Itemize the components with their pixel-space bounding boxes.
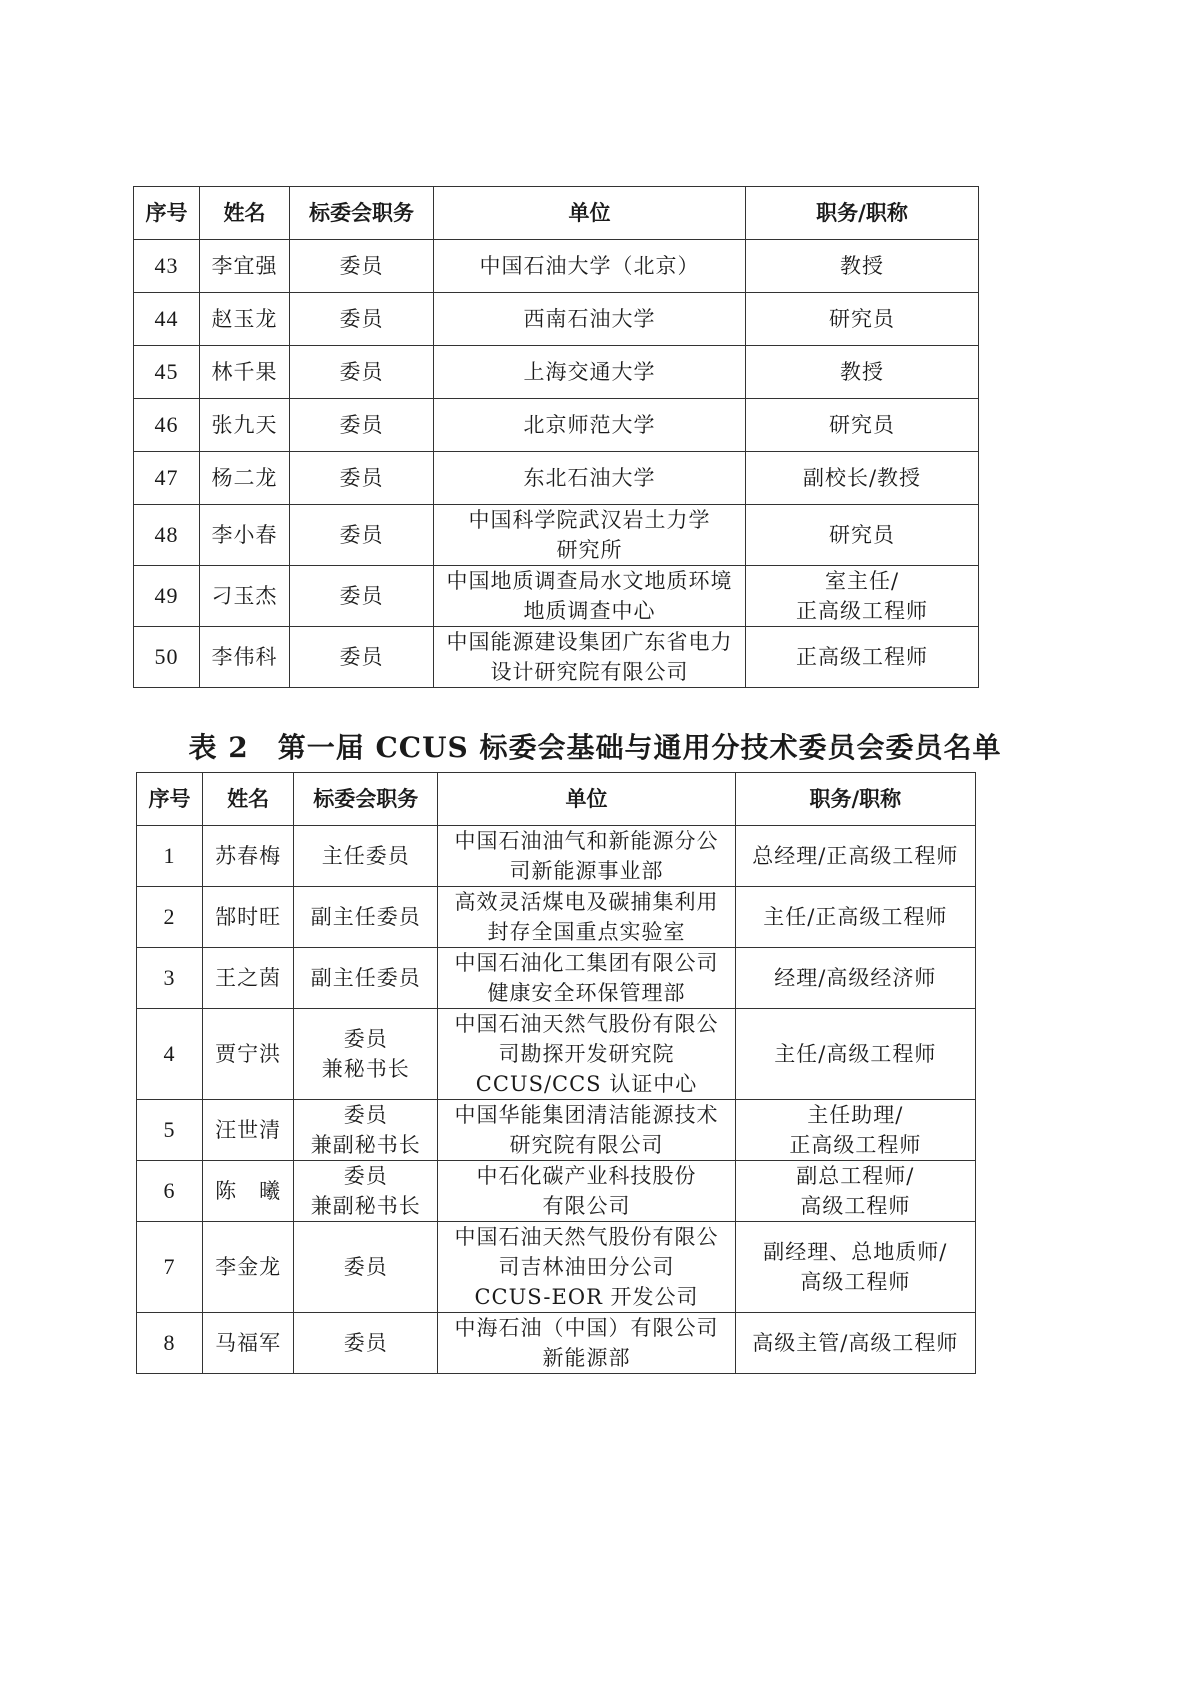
cell-no: 47 — [134, 452, 200, 505]
cell-no: 3 — [137, 948, 203, 1009]
cell-no: 1 — [137, 826, 203, 887]
header-title: 职务/职称 — [735, 773, 975, 826]
cell-name: 林千果 — [200, 346, 290, 399]
cell-title: 研究员 — [746, 399, 979, 452]
header-title: 职务/职称 — [746, 187, 979, 240]
cell-org: 中国能源建设集团广东省电力 设计研究院有限公司 — [434, 627, 746, 688]
cell-role: 委员 — [290, 505, 434, 566]
cell-no: 48 — [134, 505, 200, 566]
cell-name: 苏春梅 — [203, 826, 294, 887]
cell-name: 张九天 — [200, 399, 290, 452]
cell-role: 委员 — [290, 240, 434, 293]
cell-role: 委员 兼副秘书长 — [294, 1161, 438, 1222]
cell-title: 主任/正高级工程师 — [735, 887, 975, 948]
cell-org: 高效灵活煤电及碳捕集利用 封存全国重点实验室 — [438, 887, 735, 948]
cell-name: 陈 曦 — [203, 1161, 294, 1222]
table-row: 6 陈 曦 委员 兼副秘书长 中石化碳产业科技股份 有限公司 副总工程师/ 高级… — [137, 1161, 976, 1222]
cell-role: 委员 — [294, 1222, 438, 1313]
header-role: 标委会职务 — [294, 773, 438, 826]
cell-title: 室主任/ 正高级工程师 — [746, 566, 979, 627]
cell-title: 研究员 — [746, 505, 979, 566]
cell-name: 郜时旺 — [203, 887, 294, 948]
cell-role: 主任委员 — [294, 826, 438, 887]
table-row: 48 李小春 委员 中国科学院武汉岩土力学 研究所 研究员 — [134, 505, 979, 566]
cell-org: 西南石油大学 — [434, 293, 746, 346]
cell-role: 副主任委员 — [294, 948, 438, 1009]
table-row: 4 贾宁洪 委员 兼秘书长 中国石油天然气股份有限公 司勘探开发研究院 CCUS… — [137, 1009, 976, 1100]
cell-no: 49 — [134, 566, 200, 627]
table-row: 7 李金龙 委员 中国石油天然气股份有限公 司吉林油田分公司 CCUS-EOR … — [137, 1222, 976, 1313]
cell-role: 委员 兼秘书长 — [294, 1009, 438, 1100]
cell-org: 中国石油大学（北京） — [434, 240, 746, 293]
cell-name: 刁玉杰 — [200, 566, 290, 627]
header-no: 序号 — [134, 187, 200, 240]
cell-name: 贾宁洪 — [203, 1009, 294, 1100]
cell-title: 高级主管/高级工程师 — [735, 1313, 975, 1374]
cell-role: 委员 — [290, 452, 434, 505]
table-row: 49 刁玉杰 委员 中国地质调查局水文地质环境 地质调查中心 室主任/ 正高级工… — [134, 566, 979, 627]
header-org: 单位 — [438, 773, 735, 826]
cell-org: 中国地质调查局水文地质环境 地质调查中心 — [434, 566, 746, 627]
cell-name: 李伟科 — [200, 627, 290, 688]
cell-no: 43 — [134, 240, 200, 293]
cell-org: 中国石油化工集团有限公司 健康安全环保管理部 — [438, 948, 735, 1009]
cell-role: 委员 — [290, 346, 434, 399]
cell-org: 中国石油天然气股份有限公 司吉林油田分公司 CCUS-EOR 开发公司 — [438, 1222, 735, 1313]
cell-no: 8 — [137, 1313, 203, 1374]
cell-no: 46 — [134, 399, 200, 452]
cell-name: 王之茵 — [203, 948, 294, 1009]
cell-role: 委员 — [290, 399, 434, 452]
cell-org: 中国石油油气和新能源分公 司新能源事业部 — [438, 826, 735, 887]
cell-org: 东北石油大学 — [434, 452, 746, 505]
cell-role: 委员 — [290, 293, 434, 346]
table2-caption: 表 2 第一届 CCUS 标委会基础与通用分技术委员会委员名单 — [0, 726, 1190, 766]
cell-title: 主任助理/ 正高级工程师 — [735, 1100, 975, 1161]
cell-no: 6 — [137, 1161, 203, 1222]
header-org: 单位 — [434, 187, 746, 240]
cell-no: 44 — [134, 293, 200, 346]
table-row: 47 杨二龙 委员 东北石油大学 副校长/教授 — [134, 452, 979, 505]
cell-title: 副经理、总地质师/ 高级工程师 — [735, 1222, 975, 1313]
cell-role: 委员 兼副秘书长 — [294, 1100, 438, 1161]
cell-title: 主任/高级工程师 — [735, 1009, 975, 1100]
header-name: 姓名 — [203, 773, 294, 826]
cell-name: 杨二龙 — [200, 452, 290, 505]
cell-name: 李金龙 — [203, 1222, 294, 1313]
cell-title: 教授 — [746, 240, 979, 293]
cell-name: 汪世清 — [203, 1100, 294, 1161]
cell-no: 7 — [137, 1222, 203, 1313]
cell-role: 委员 — [290, 627, 434, 688]
table-row: 46 张九天 委员 北京师范大学 研究员 — [134, 399, 979, 452]
cell-name: 赵玉龙 — [200, 293, 290, 346]
table-row: 50 李伟科 委员 中国能源建设集团广东省电力 设计研究院有限公司 正高级工程师 — [134, 627, 979, 688]
table-row: 1 苏春梅 主任委员 中国石油油气和新能源分公 司新能源事业部 总经理/正高级工… — [137, 826, 976, 887]
header-no: 序号 — [137, 773, 203, 826]
cell-title: 教授 — [746, 346, 979, 399]
cell-name: 李宜强 — [200, 240, 290, 293]
table-row: 5 汪世清 委员 兼副秘书长 中国华能集团清洁能源技术 研究院有限公司 主任助理… — [137, 1100, 976, 1161]
cell-org: 中国科学院武汉岩土力学 研究所 — [434, 505, 746, 566]
cell-title: 经理/高级经济师 — [735, 948, 975, 1009]
cell-name: 李小春 — [200, 505, 290, 566]
table-row: 8 马福军 委员 中海石油（中国）有限公司 新能源部 高级主管/高级工程师 — [137, 1313, 976, 1374]
cell-no: 2 — [137, 887, 203, 948]
cell-no: 5 — [137, 1100, 203, 1161]
header-role: 标委会职务 — [290, 187, 434, 240]
table-row: 45 林千果 委员 上海交通大学 教授 — [134, 346, 979, 399]
header-name: 姓名 — [200, 187, 290, 240]
cell-title: 研究员 — [746, 293, 979, 346]
cell-role: 委员 — [290, 566, 434, 627]
cell-name: 马福军 — [203, 1313, 294, 1374]
cell-no: 50 — [134, 627, 200, 688]
cell-org: 中石化碳产业科技股份 有限公司 — [438, 1161, 735, 1222]
cell-title: 副总工程师/ 高级工程师 — [735, 1161, 975, 1222]
cell-role: 委员 — [294, 1313, 438, 1374]
cell-no: 45 — [134, 346, 200, 399]
table-row: 3 王之茵 副主任委员 中国石油化工集团有限公司 健康安全环保管理部 经理/高级… — [137, 948, 976, 1009]
cell-title: 副校长/教授 — [746, 452, 979, 505]
cell-org: 上海交通大学 — [434, 346, 746, 399]
cell-role: 副主任委员 — [294, 887, 438, 948]
cell-org: 中海石油（中国）有限公司 新能源部 — [438, 1313, 735, 1374]
table-row: 2 郜时旺 副主任委员 高效灵活煤电及碳捕集利用 封存全国重点实验室 主任/正高… — [137, 887, 976, 948]
cell-title: 总经理/正高级工程师 — [735, 826, 975, 887]
table-row: 44 赵玉龙 委员 西南石油大学 研究员 — [134, 293, 979, 346]
table-header-row: 序号 姓名 标委会职务 单位 职务/职称 — [134, 187, 979, 240]
subcommittee-member-table: 序号 姓名 标委会职务 单位 职务/职称 1 苏春梅 主任委员 中国石油油气和新… — [136, 772, 976, 1374]
cell-org: 中国石油天然气股份有限公 司勘探开发研究院 CCUS/CCS 认证中心 — [438, 1009, 735, 1100]
cell-org: 中国华能集团清洁能源技术 研究院有限公司 — [438, 1100, 735, 1161]
cell-org: 北京师范大学 — [434, 399, 746, 452]
table-row: 43 李宜强 委员 中国石油大学（北京） 教授 — [134, 240, 979, 293]
committee-table-continued: 序号 姓名 标委会职务 单位 职务/职称 43 李宜强 委员 中国石油大学（北京… — [133, 186, 979, 688]
table-header-row: 序号 姓名 标委会职务 单位 职务/职称 — [137, 773, 976, 826]
cell-title: 正高级工程师 — [746, 627, 979, 688]
cell-no: 4 — [137, 1009, 203, 1100]
